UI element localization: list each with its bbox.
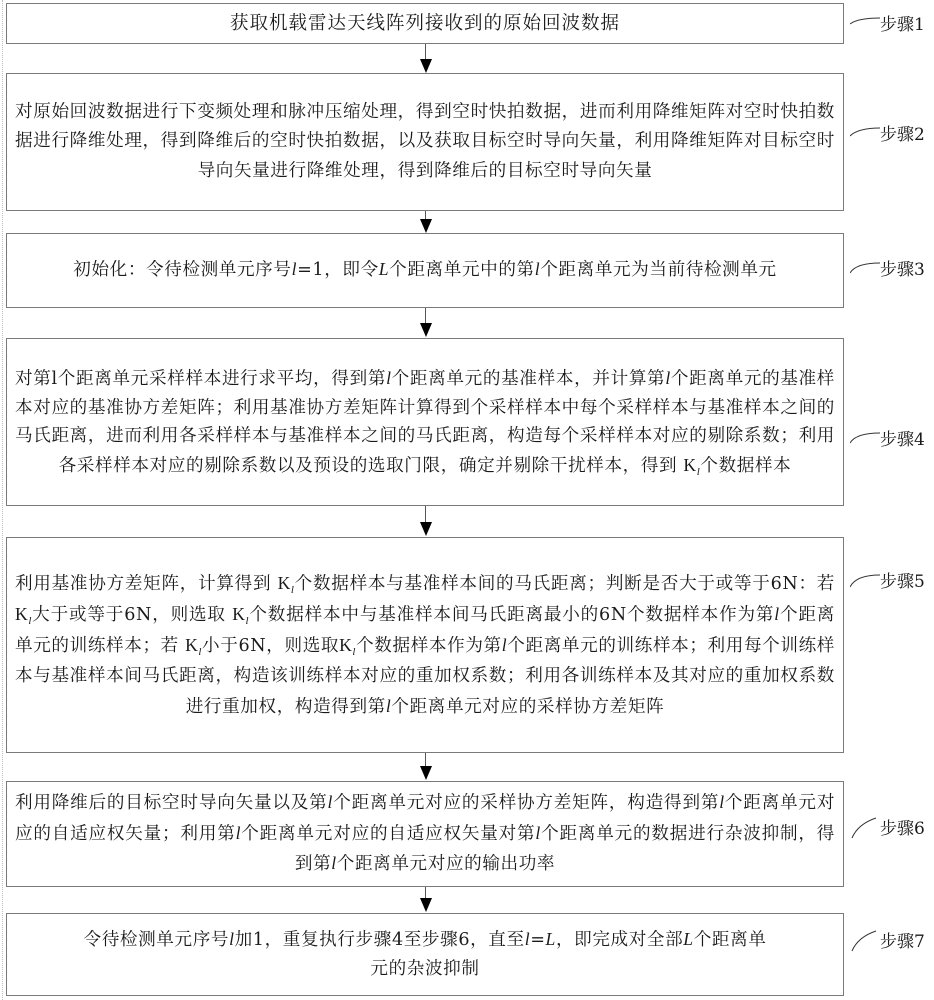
step-4-label: 步骤4 (850, 423, 934, 453)
step-2-label-text: 步骤2 (880, 120, 925, 145)
arrow-head-icon (420, 766, 432, 780)
arrow-3-4 (425, 308, 426, 324)
step-4-box: 对第l个距离单元采样样本进行求平均，得到第l个距离单元的基准样本，并计算第l个距… (6, 338, 844, 506)
step-5-label-text: 步骤5 (880, 567, 925, 592)
leader-line-icon (850, 423, 880, 453)
step-3-label: 步骤3 (850, 253, 934, 283)
leader-line-icon (850, 118, 880, 148)
step-2-box: 对原始回波数据进行下变频处理和脉冲压缩处理，得到空时快拍数据，进而利用降维矩阵对… (6, 73, 844, 211)
arrow-head-icon (420, 59, 432, 73)
step-7-label: 步骤7 (850, 925, 934, 955)
arrow-head-icon (420, 323, 432, 337)
arrow-head-icon (420, 219, 432, 233)
arrow-4-5 (425, 506, 426, 523)
step-7-box: 令待检测单元序号l加1，重复执行步骤4至步骤6，直至l=L，即完成对全部L个距离… (6, 913, 844, 996)
leader-line-icon (850, 8, 880, 38)
step-3-box: 初始化：令待检测单元序号l=1，即令L个距离单元中的第l个距离单元为当前待检测单… (6, 233, 844, 308)
arrow-2-3 (425, 211, 426, 219)
step-7-text: 令待检测单元序号l加1，重复执行步骤4至步骤6，直至l=L，即完成对全部L个距离… (15, 925, 835, 985)
arrow-head-icon (420, 898, 432, 912)
step-1-text: 获取机载雷达天线阵列接收到的原始回波数据 (230, 9, 620, 39)
arrow-5-6 (425, 753, 426, 767)
step-5-label: 步骤5 (850, 565, 934, 595)
step-3-text: 初始化：令待检测单元序号l=1，即令L个距离单元中的第l个距离单元为当前待检测单… (73, 255, 777, 286)
step-2-label: 步骤2 (850, 118, 934, 148)
step-4-label-text: 步骤4 (880, 425, 925, 450)
step-2-text: 对原始回波数据进行下变频处理和脉冲压缩处理，得到空时快拍数据，进而利用降维矩阵对… (15, 98, 835, 187)
step-6-label: 步骤6 (850, 812, 934, 842)
step-1-box: 获取机载雷达天线阵列接收到的原始回波数据 (6, 3, 844, 44)
page-border-dots (2, 0, 3, 1000)
step-6-label-text: 步骤6 (880, 814, 925, 839)
leader-line-icon (850, 925, 880, 955)
step-4-text: 对第l个距离单元采样样本进行求平均，得到第l个距离单元的基准样本，并计算第l个距… (15, 364, 835, 480)
step-6-text: 利用降维后的目标空时导向矢量以及第l个距离单元对应的采样协方差矩阵，构造得到第l… (15, 788, 835, 880)
arrow-head-icon (420, 522, 432, 536)
leader-line-icon (850, 565, 880, 595)
step-5-box: 利用基准协方差矩阵，计算得到 Kl个数据样本与基准样本间的马氏距离；判断是否大于… (6, 537, 844, 753)
step-1-label: 步骤1 (850, 8, 934, 38)
arrow-1-2 (425, 44, 426, 60)
step-6-box: 利用降维后的目标空时导向矢量以及第l个距离单元对应的采样协方差矩阵，构造得到第l… (6, 781, 844, 887)
leader-line-icon (850, 812, 880, 842)
step-3-label-text: 步骤3 (880, 255, 925, 280)
step-5-text: 利用基准协方差矩阵，计算得到 Kl个数据样本与基准样本间的马氏距离；判断是否大于… (15, 568, 835, 722)
leader-line-icon (850, 253, 880, 283)
step-7-label-text: 步骤7 (880, 927, 925, 952)
step-1-label-text: 步骤1 (880, 10, 925, 35)
